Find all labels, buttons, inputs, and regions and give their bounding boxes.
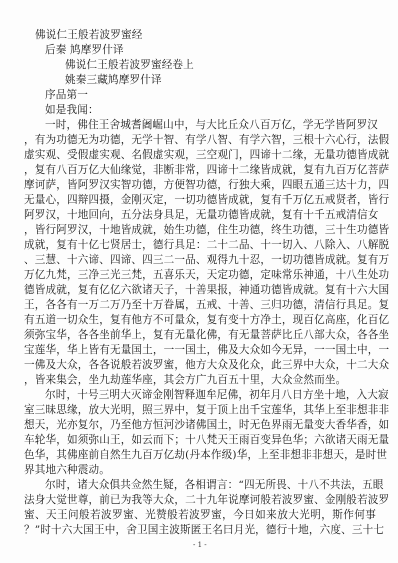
text-line: ，皆行阿罗汉，十地皆成就，始生功德，住生功德，终生功德，三十生功德皆 <box>24 223 376 237</box>
text-line: 色华，其佛座前自然生九百万亿劫(丹本作级)华，上至非想非非想天，是时世 <box>24 448 376 462</box>
sutra-title: 佛说仁王般若波罗蜜经 <box>35 28 142 42</box>
text-line: 王，各各有一万二万乃至十万眷属，五戒、十善、三归功德，清信行具足。复 <box>24 298 376 312</box>
text-line: 车轮华，如须弥山王，如云而下；十八梵天王雨百变异色华；六欲诸天雨无量 <box>24 433 376 447</box>
text-line: 法身大觉世尊，前已为我等大众，二十九年说摩诃般若波罗蜜、金刚般若波罗 <box>24 493 376 507</box>
author-line: 后秦 鸠摩罗什译 <box>45 43 124 57</box>
document-page: 佛说仁王般若波罗蜜经 后秦 鸠摩罗什译 佛说仁王般若波罗蜜经卷上 姚秦三藏鸠摩罗… <box>0 0 398 563</box>
chapter-heading: 序品第一 <box>45 88 88 102</box>
text-line: ，有为功德无为功德，无学十智、有学八智、有学六智，三根十六心行，法假 <box>24 133 376 147</box>
text-line: 成就，复有十亿七贤居士，德行具足：二十二品、十一切入、八除入、八解脱 <box>24 238 376 252</box>
text-line: 、三慧、十六谛、四谛、四三二一品、观得九十忍，一切功德皆成就。复有万 <box>24 253 376 267</box>
text-line: 蜜、天王问般若波罗蜜、光赞般若波罗蜜，今日如来放大光明，斯作何事 <box>24 508 376 522</box>
text-line: 阿罗汉，十地回向，五分法身具足，无量功德皆成就，复有十千五戒清信女 <box>24 208 376 222</box>
page-number: - 1 - <box>193 541 207 549</box>
text-line: 有五道一切众生，复有他方不可量众，复有变十方净土，现百亿高座，化百亿 <box>24 313 376 327</box>
text-line: ？”时十六大国王中，舍卫国主波斯匿王名曰月光，德行十地，六度、三十七 <box>24 523 376 537</box>
text-line: 万亿九梵，三净三光三梵，五喜乐天，天定功德，定味常乐神通，十八生处功 <box>24 268 376 282</box>
text-line: 德皆成就，复有亿亿六欲诸天子，十善果报，神通功德皆成就。复有十六大国 <box>24 283 376 297</box>
text-line: 尔时，十号三明大灭谛金刚智释迦牟尼佛，初年月八日方坐十地，入大寂 <box>45 388 376 402</box>
text-line: ，皆来集会，坐九劫莲华座，其会方广九百五十里，大众佥然而坐。 <box>24 373 376 387</box>
intro-line: 如是我闻： <box>45 103 99 117</box>
text-line: 须弥宝华，各各坐前华上，复有无量化佛，有无量菩萨比丘八部大众，各各坐 <box>24 328 376 342</box>
text-line: 室三昧思缘，放大光明，照三界中，复于顶上出千宝莲华，其华上至非想非非 <box>24 403 376 417</box>
text-line: 想天，光亦复尔，乃至他方恒河沙诸佛国土，时无色界雨无量变大香华香，如 <box>24 418 376 432</box>
text-line: 宝莲华，华上皆有无量国土，一一国土，佛及大众如今无异，一一国土中，一 <box>24 343 376 357</box>
text-line: 虚实观、受假虚实观、名假虚实观，三空观门，四谛十二缘，无量功德皆成就 <box>24 148 376 162</box>
text-line: 界其地六种震动。 <box>24 463 376 477</box>
text-line: 一佛及大众，各各说般若波罗蜜，他方大众及化众，此三界中大众，十二大众 <box>24 358 376 372</box>
text-line: 摩诃萨，皆阿罗汉实智功德，方便智功德，行独大乘，四眼五通三达十力，四 <box>24 178 376 192</box>
translator-line: 姚秦三藏鸠摩罗什译 <box>65 73 162 87</box>
volume-title: 佛说仁王般若波罗蜜经卷上 <box>65 58 194 72</box>
text-line: ，复有八百万亿大仙缘觉，非断非常，四谛十二缘皆成就，复有九百万亿菩萨 <box>24 163 376 177</box>
text-line: 无量心，四辩四摄，金刚灭定，一切功德皆成就，复有千万亿五戒贤者，皆行 <box>24 193 376 207</box>
text-line: 尔时，诸大众俱共佥然生疑，各相谓言：“四无所畏、十八不共法，五眼 <box>45 478 376 492</box>
text-line: 一时，佛住王舍城耆阇崛山中，与大比丘众八百万亿，学无学皆阿罗汉 <box>45 118 376 132</box>
